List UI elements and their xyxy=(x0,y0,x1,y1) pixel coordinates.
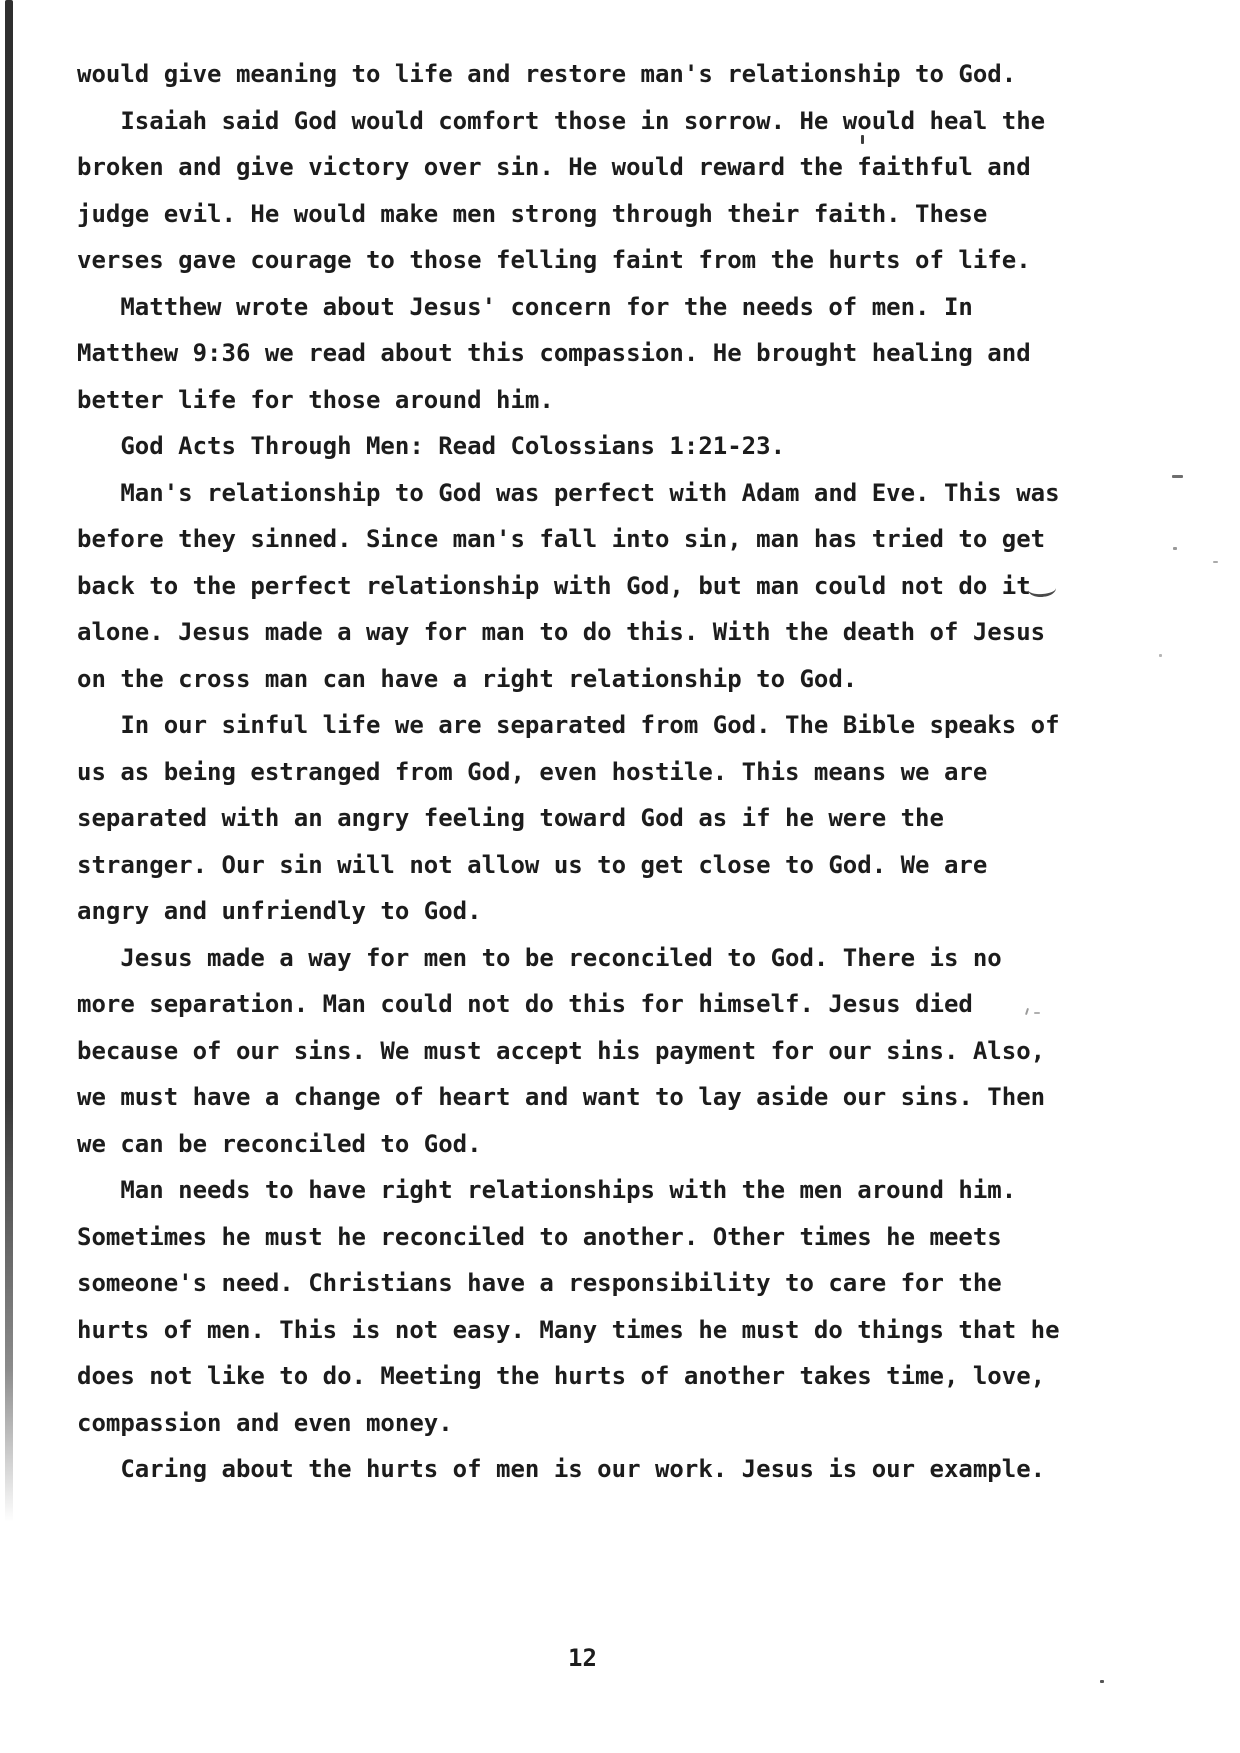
scan-tick-below-heal xyxy=(861,135,864,144)
scan-speck-1 xyxy=(1173,547,1177,550)
scan-speck-2 xyxy=(1213,561,1218,563)
scan-tick-pair-b xyxy=(1034,1012,1040,1014)
document-page: would give meaning to life and restore m… xyxy=(0,0,1240,1753)
scan-dash-right-margin xyxy=(1172,475,1183,478)
scan-speck-3 xyxy=(1159,654,1162,657)
typewritten-body-text: would give meaning to life and restore m… xyxy=(77,51,1060,1493)
left-edge-scan-line-artifact xyxy=(5,0,13,1522)
page-number: 12 xyxy=(568,1644,597,1672)
scan-dot-bottom-right xyxy=(1100,1680,1104,1683)
